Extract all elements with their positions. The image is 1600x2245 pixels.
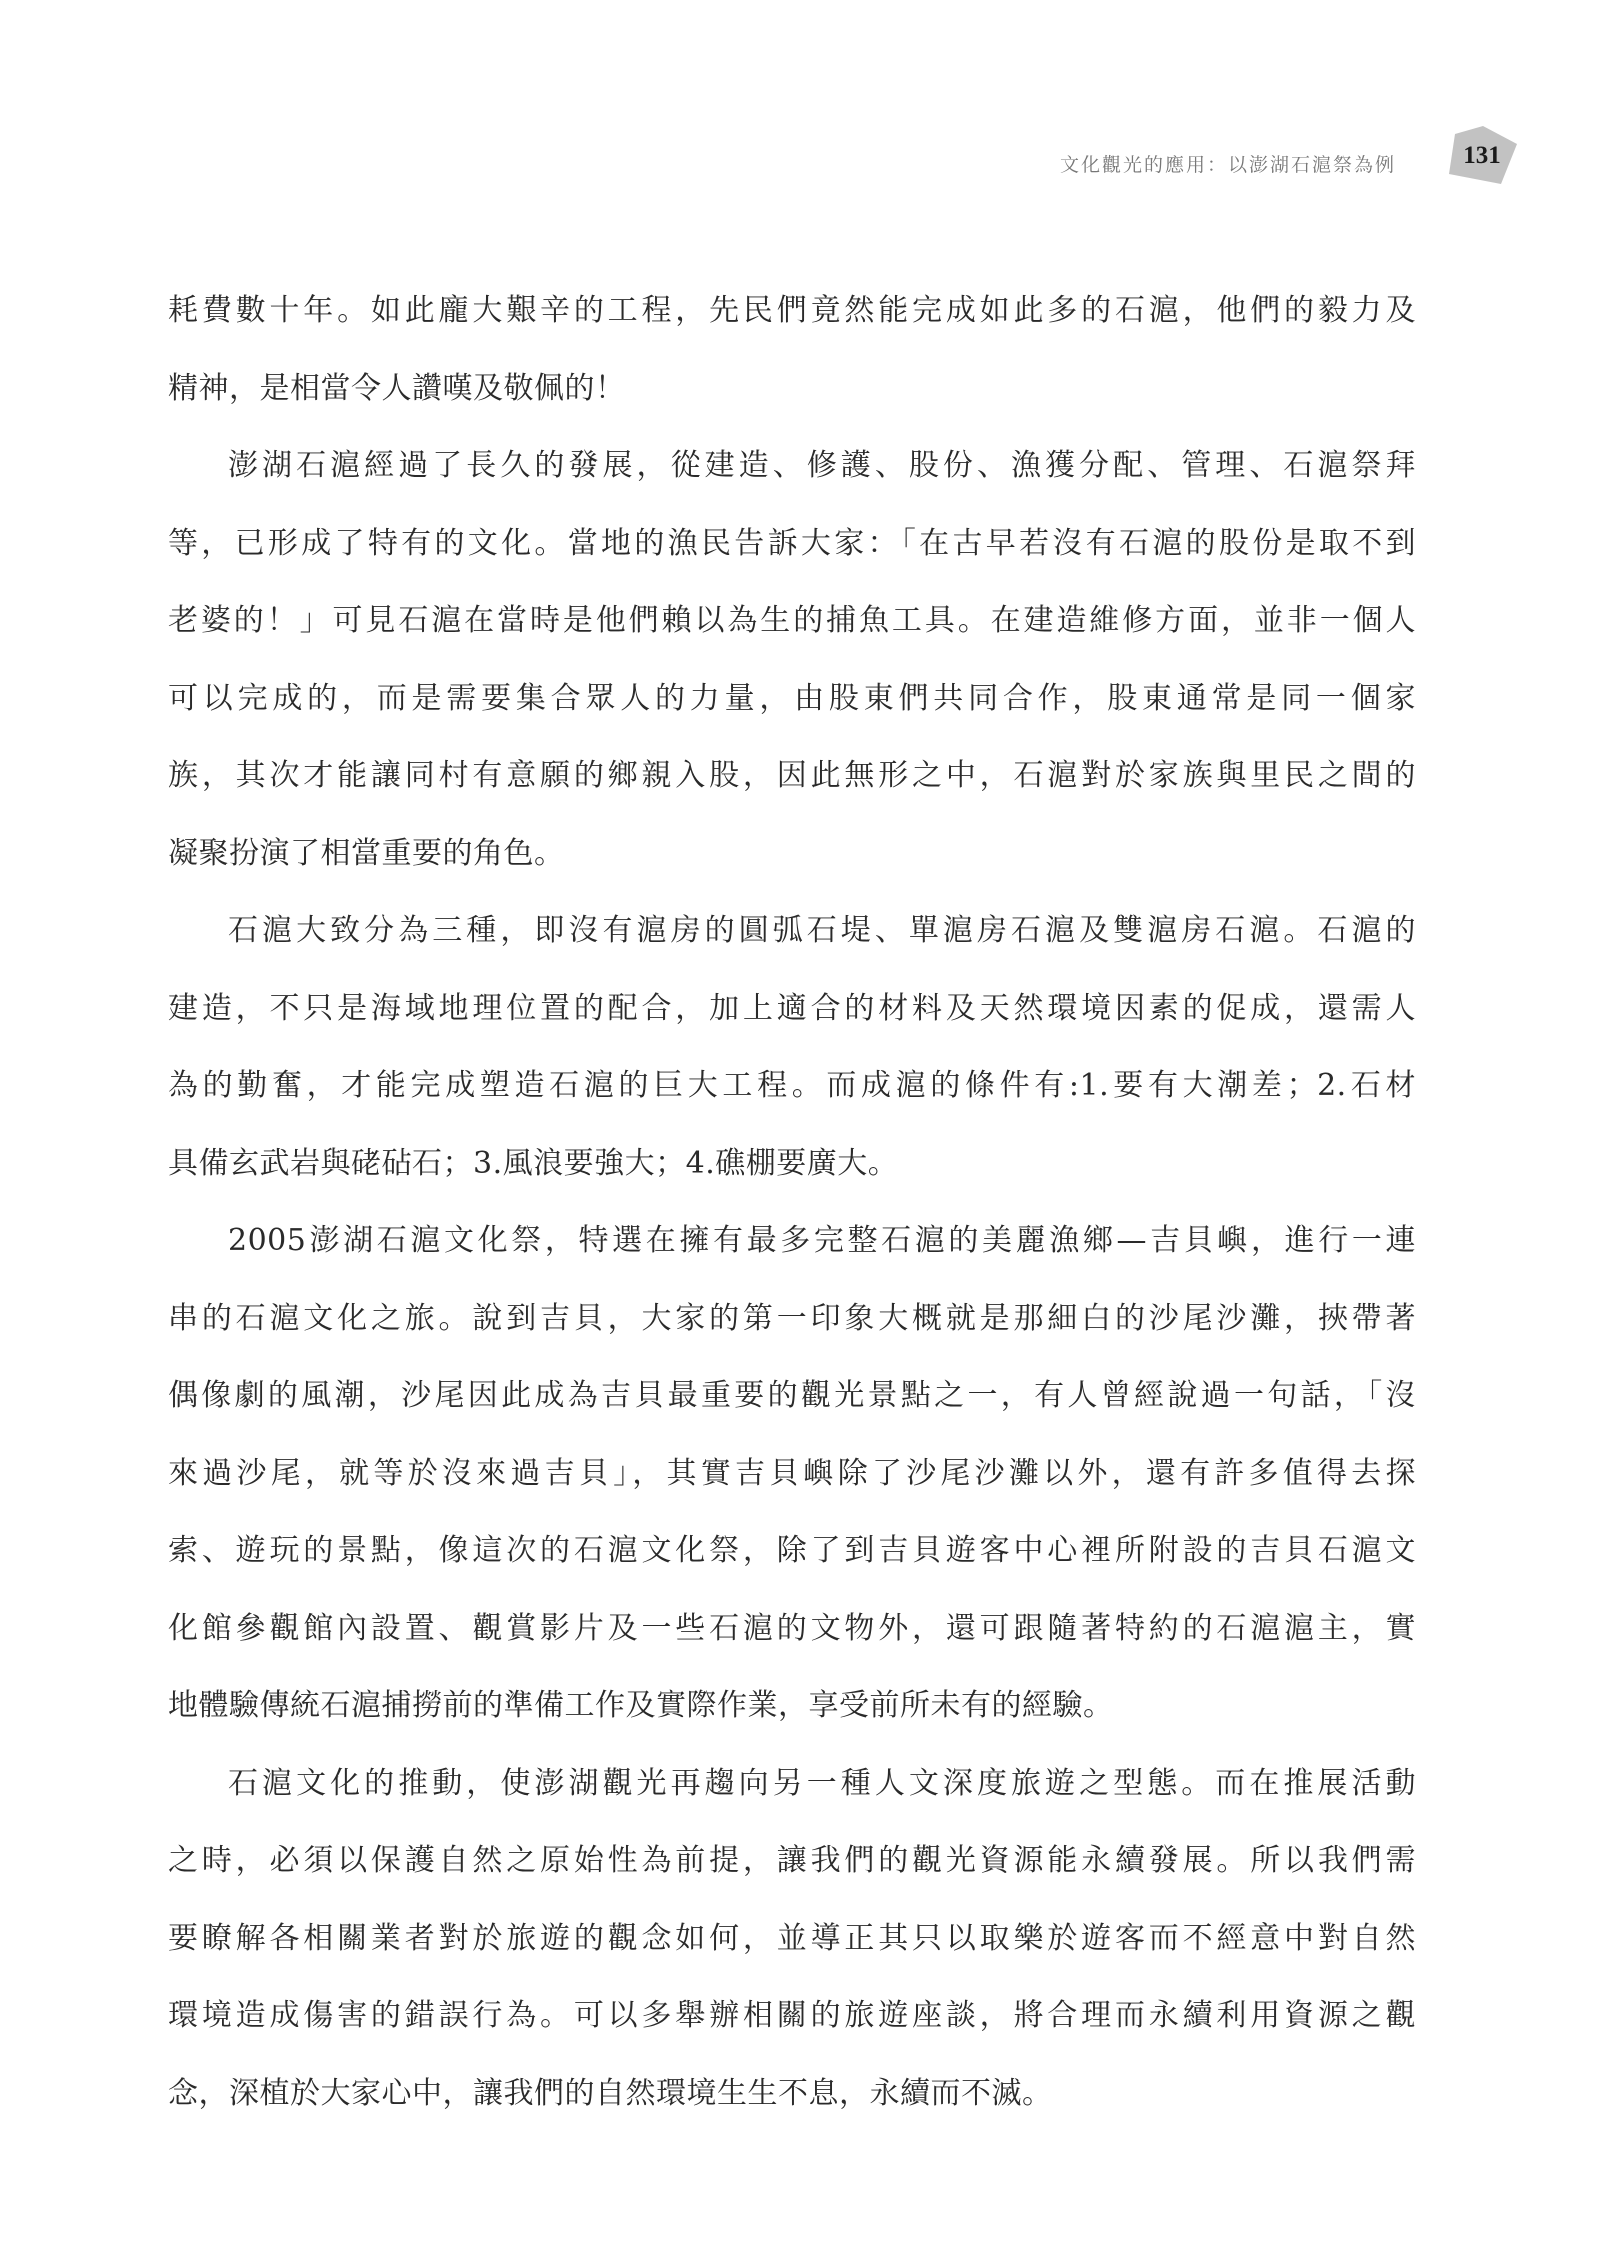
text-line: 凝聚扮演了相當重要的角色。 <box>168 815 1416 893</box>
paragraph-2: 澎湖石滬經過了長久的發展，從建造、修護、股份、漁獲分配、管理、石滬祭拜 等，已形… <box>168 427 1416 892</box>
text-line: 精神，是相當令人讚嘆及敬佩的！ <box>168 350 1416 428</box>
running-header-title: 文化觀光的應用：以澎湖石滬祭為例 <box>1060 150 1396 177</box>
text-line: 老婆的！」可見石滬在當時是他們賴以為生的捕魚工具。在建造維修方面，並非一個人 <box>168 582 1416 660</box>
text-line: 念，深植於大家心中，讓我們的自然環境生生不息，永續而不滅。 <box>168 2055 1416 2133</box>
text-line: 等，已形成了特有的文化。當地的漁民告訴大家：「在古早若沒有石滬的股份是取不到 <box>168 505 1416 583</box>
text-line: 來過沙尾，就等於沒來過吉貝」，其實吉貝嶼除了沙尾沙灘以外，還有許多值得去探 <box>168 1435 1416 1513</box>
text-line: 耗費數十年。如此龐大艱辛的工程，先民們竟然能完成如此多的石滬，他們的毅力及 <box>168 272 1416 350</box>
text-line: 石滬文化的推動，使澎湖觀光再趨向另一種人文深度旅遊之型態。而在推展活動 <box>168 1745 1416 1823</box>
text-line: 具備玄武岩與硓砧石；3.風浪要強大；4.礁棚要廣大。 <box>168 1125 1416 1203</box>
page-number-badge: 131 <box>1443 124 1519 188</box>
paragraph-1: 耗費數十年。如此龐大艱辛的工程，先民們竟然能完成如此多的石滬，他們的毅力及 精神… <box>168 272 1416 427</box>
text-line: 2005澎湖石滬文化祭，特選在擁有最多完整石滬的美麗漁鄉—吉貝嶼，進行一連 <box>168 1202 1416 1280</box>
text-line: 之時，必須以保護自然之原始性為前提，讓我們的觀光資源能永續發展。所以我們需 <box>168 1822 1416 1900</box>
paragraph-3: 石滬大致分為三種，即沒有滬房的圓弧石堤、單滬房石滬及雙滬房石滬。石滬的 建造，不… <box>168 892 1416 1202</box>
text-line: 化館參觀館內設置、觀賞影片及一些石滬的文物外，還可跟隨著特約的石滬滬主，實 <box>168 1590 1416 1668</box>
paragraph-4: 2005澎湖石滬文化祭，特選在擁有最多完整石滬的美麗漁鄉—吉貝嶼，進行一連 串的… <box>168 1202 1416 1745</box>
text-line: 索、遊玩的景點，像這次的石滬文化祭，除了到吉貝遊客中心裡所附設的吉貝石滬文 <box>168 1512 1416 1590</box>
text-line: 澎湖石滬經過了長久的發展，從建造、修護、股份、漁獲分配、管理、石滬祭拜 <box>168 427 1416 505</box>
article-body: 耗費數十年。如此龐大艱辛的工程，先民們竟然能完成如此多的石滬，他們的毅力及 精神… <box>168 272 1416 2132</box>
text-line: 要瞭解各相關業者對於旅遊的觀念如何，並導正其只以取樂於遊客而不經意中對自然 <box>168 1900 1416 1978</box>
text-line: 石滬大致分為三種，即沒有滬房的圓弧石堤、單滬房石滬及雙滬房石滬。石滬的 <box>168 892 1416 970</box>
text-line: 串的石滬文化之旅。說到吉貝，大家的第一印象大概就是那細白的沙尾沙灘，挾帶著 <box>168 1280 1416 1358</box>
text-line: 族，其次才能讓同村有意願的鄉親入股，因此無形之中，石滬對於家族與里民之間的 <box>168 737 1416 815</box>
text-line: 偶像劇的風潮，沙尾因此成為吉貝最重要的觀光景點之一，有人曾經說過一句話，「沒 <box>168 1357 1416 1435</box>
paragraph-5: 石滬文化的推動，使澎湖觀光再趨向另一種人文深度旅遊之型態。而在推展活動 之時，必… <box>168 1745 1416 2133</box>
text-line: 環境造成傷害的錯誤行為。可以多舉辦相關的旅遊座談，將合理而永續利用資源之觀 <box>168 1977 1416 2055</box>
page-number: 131 <box>1443 124 1519 188</box>
text-line: 建造，不只是海域地理位置的配合，加上適合的材料及天然環境因素的促成，還需人 <box>168 970 1416 1048</box>
text-line: 為的勤奮，才能完成塑造石滬的巨大工程。而成滬的條件有:1.要有大潮差；2.石材 <box>168 1047 1416 1125</box>
text-line: 可以完成的，而是需要集合眾人的力量，由股東們共同合作，股東通常是同一個家 <box>168 660 1416 738</box>
text-line: 地體驗傳統石滬捕撈前的準備工作及實際作業，享受前所未有的經驗。 <box>168 1667 1416 1745</box>
